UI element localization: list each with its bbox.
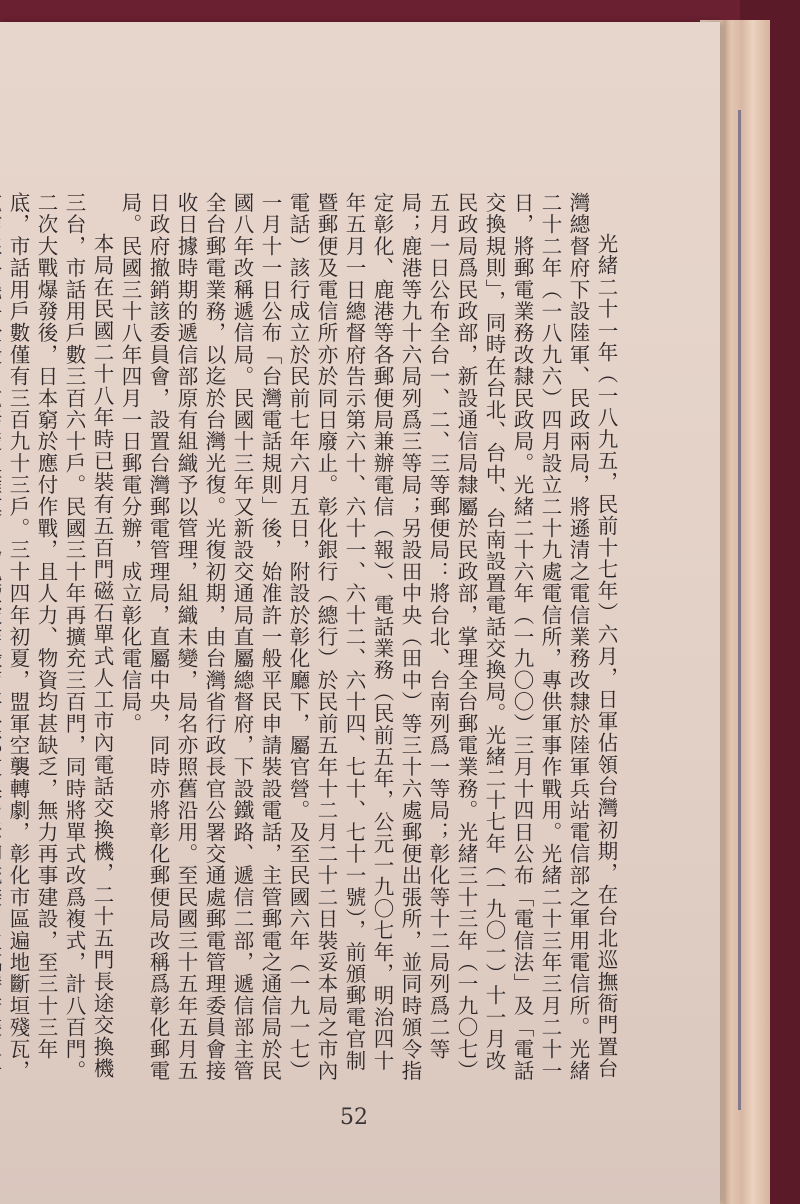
book-cover-top-edge [0, 0, 800, 22]
page-number: 52 [340, 1105, 368, 1130]
paragraph-history: 光緒二十一年（一八九五，民前十七年）六月，日軍佔領台灣初期，在台北巡撫衙門置台灣… [116, 192, 620, 1082]
vertical-text-body: 光緒二十一年（一八九五，民前十七年）六月，日軍佔領台灣初期，在台北巡撫衙門置台灣… [0, 192, 620, 1082]
paragraph-equipment: 本局在民國二十八年時已裝有五百門磁石單式人工市內電話交換機，二十五門長途交換機三… [0, 192, 116, 1082]
book-page: 光緒二十一年（一八九五，民前十七年）六月，日軍佔領台灣初期，在台北巡撫衙門置台灣… [0, 22, 720, 1204]
binding-gutter [738, 110, 741, 1110]
